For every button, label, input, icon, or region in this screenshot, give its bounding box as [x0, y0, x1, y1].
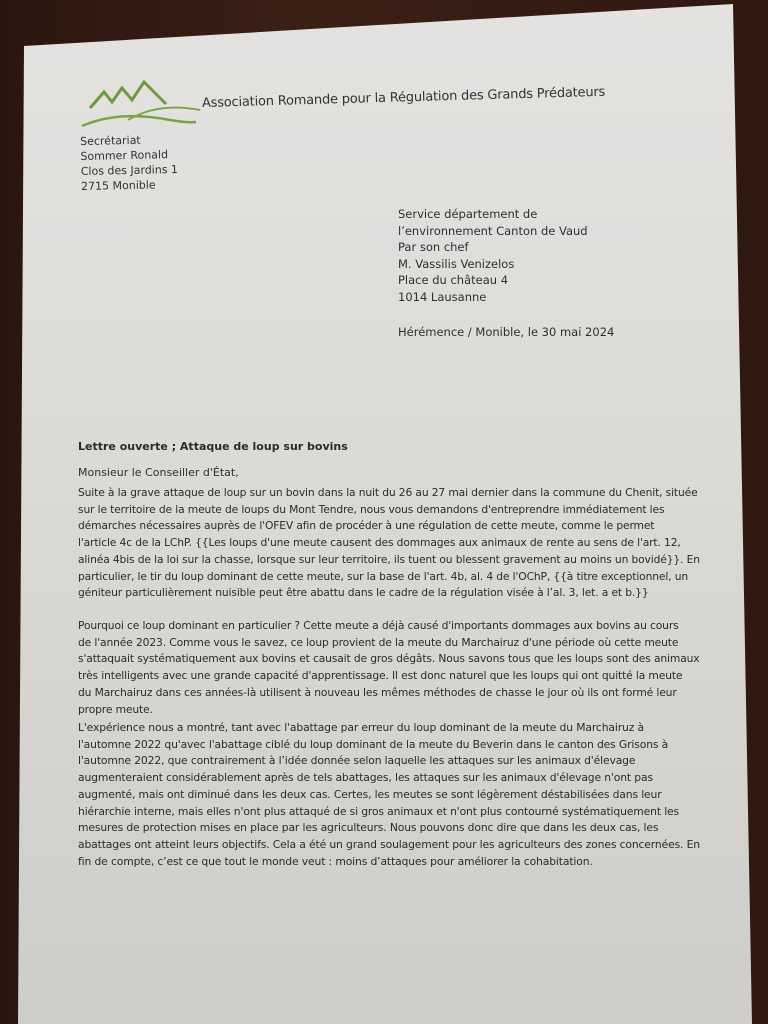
text-line: Pourquoi ce loup dominant en particulier…: [78, 618, 700, 635]
text-line: augmenteraient considérablement après de…: [78, 770, 700, 787]
letter-document: Association Romande pour la Régulation d…: [0, 0, 768, 1024]
organization-name: Association Romande pour la Régulation d…: [202, 85, 606, 111]
text-line: l'automne 2022, que contrairement à l’id…: [78, 753, 700, 770]
recipient-line: Place du château 4: [398, 272, 588, 289]
sender-address: Secrétariat Sommer Ronald Clos des Jardi…: [80, 132, 178, 194]
date-line: Hérémence / Monible, le 30 mai 2024: [398, 325, 614, 339]
letter-subject: Lettre ouverte ; Attaque de loup sur bov…: [78, 440, 348, 453]
text-line: de l'année 2023. Comme vous le savez, ce…: [78, 635, 700, 652]
recipient-line: Service département de: [398, 206, 588, 223]
recipient-line: 1014 Lausanne: [398, 289, 588, 306]
text-line: augmenté, mais ont diminué dans les deux…: [78, 787, 700, 804]
recipient-line: M. Vassilis Venizelos: [398, 256, 588, 273]
text-line: l'automne 2022 qu'avec l'abattage ciblé …: [78, 737, 700, 754]
text-line: démarches nécessaires auprès de l'OFEV a…: [78, 518, 700, 535]
sender-line: Clos des Jardins 1: [81, 162, 179, 179]
text-line: L'expérience nous a montré, tant avec l'…: [78, 720, 700, 737]
text-line: l'article 4c de la LChP. {{Les loups d'u…: [78, 535, 700, 552]
mountain-logo-icon: [78, 80, 203, 132]
text-line: fin de compte, c’est ce que tout le mond…: [78, 854, 700, 871]
text-line: s'attaquait systématiquement aux bovins …: [78, 651, 700, 668]
text-line: géniteur particulièrement nuisible peut …: [78, 585, 700, 602]
paragraph-2: Pourquoi ce loup dominant en particulier…: [78, 618, 715, 718]
text-line: du Marchairuz dans ces années-là utilise…: [78, 685, 700, 702]
text-line: très intelligents avec une grande capaci…: [78, 668, 700, 685]
text-line: alinéa 4bis de la loi sur la chasse, lor…: [78, 552, 700, 569]
text-line: propre meute.: [78, 702, 700, 719]
recipient-line: Par son chef: [398, 239, 588, 256]
recipient-line: l’environnement Canton de Vaud: [398, 223, 588, 240]
text-line: particulier, le tir du loup dominant de …: [78, 569, 700, 586]
sender-line: 2715 Monible: [81, 177, 179, 194]
text-line: sur le territoire de la meute de loups d…: [78, 502, 700, 519]
text-line: Suite à la grave attaque de loup sur un …: [78, 485, 700, 502]
text-line: hiérarchie interne, mais elles n'ont plu…: [78, 804, 700, 821]
recipient-address: Service département de l’environnement C…: [398, 206, 588, 305]
salutation: Monsieur le Conseiller d'État,: [78, 466, 239, 479]
text-line: abattages ont atteint leurs objectifs. C…: [78, 837, 700, 854]
paragraph-1: Suite à la grave attaque de loup sur un …: [78, 485, 716, 602]
paragraph-3: L'expérience nous a montré, tant avec l'…: [78, 720, 712, 870]
text-line: mesures de protection mises en place par…: [78, 820, 700, 837]
